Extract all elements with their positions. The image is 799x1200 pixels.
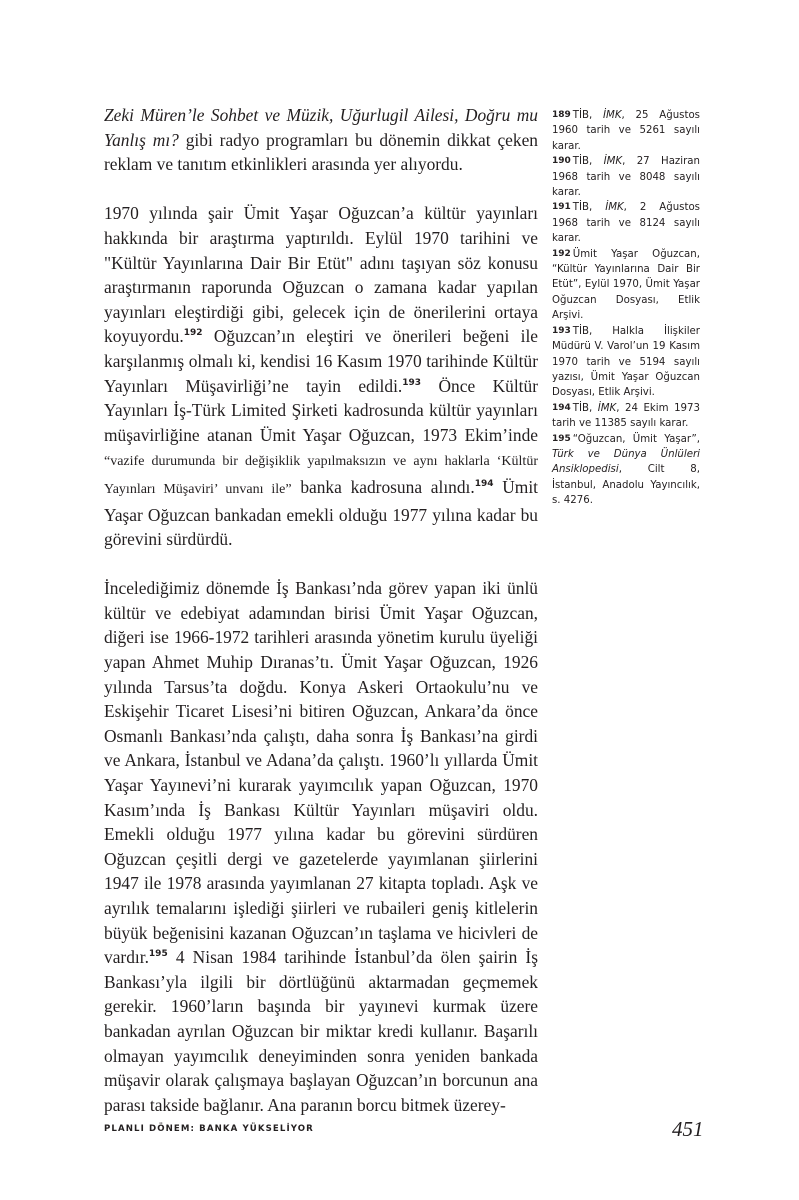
footnote-190: 190TİB, İMK, 27 Haziran 1968 tarih ve 80… (552, 154, 700, 200)
running-footer-title: PLANLI DÖNEM: BANKA YÜKSELİYOR (104, 1124, 314, 1134)
paragraph-2: 1970 yılında şair Ümit Yaşar Oğuzcan’a k… (104, 201, 538, 551)
footnote-ref-195[interactable]: 195 (149, 949, 168, 959)
footnote-193: 193TİB, Halkla İlişkiler Müdürü V. Varol… (552, 324, 700, 401)
footnote-195: 195“Oğuzcan, Ümit Yaşar”, Türk ve Dünya … (552, 432, 700, 509)
footnote-192: 192Ümit Yaşar Oğuzcan, “Kültür Yayınları… (552, 247, 700, 324)
footnote-ref-194[interactable]: 194 (475, 479, 494, 489)
paragraph-1: Zeki Müren’le Sohbet ve Müzik, Uğurlugil… (104, 103, 538, 177)
page-number: 451 (672, 1117, 704, 1142)
footnote-189: 189TİB, İMK, 25 Ağustos 1960 tarih ve 52… (552, 108, 700, 154)
footnote-ref-192[interactable]: 192 (184, 329, 203, 339)
footnotes-column: 189TİB, İMK, 25 Ağustos 1960 tarih ve 52… (552, 108, 700, 509)
main-text-column: Zeki Müren’le Sohbet ve Müzik, Uğurlugil… (104, 103, 538, 1117)
footnote-ref-193[interactable]: 193 (402, 378, 421, 388)
footnote-194: 194TİB, İMK, 24 Ekim 1973 tarih ve 11385… (552, 401, 700, 432)
paragraph-3: İncelediğimiz dönemde İş Bankası’nda gör… (104, 576, 538, 1117)
footnote-191: 191TİB, İMK, 2 Ağustos 1968 tarih ve 812… (552, 200, 700, 246)
